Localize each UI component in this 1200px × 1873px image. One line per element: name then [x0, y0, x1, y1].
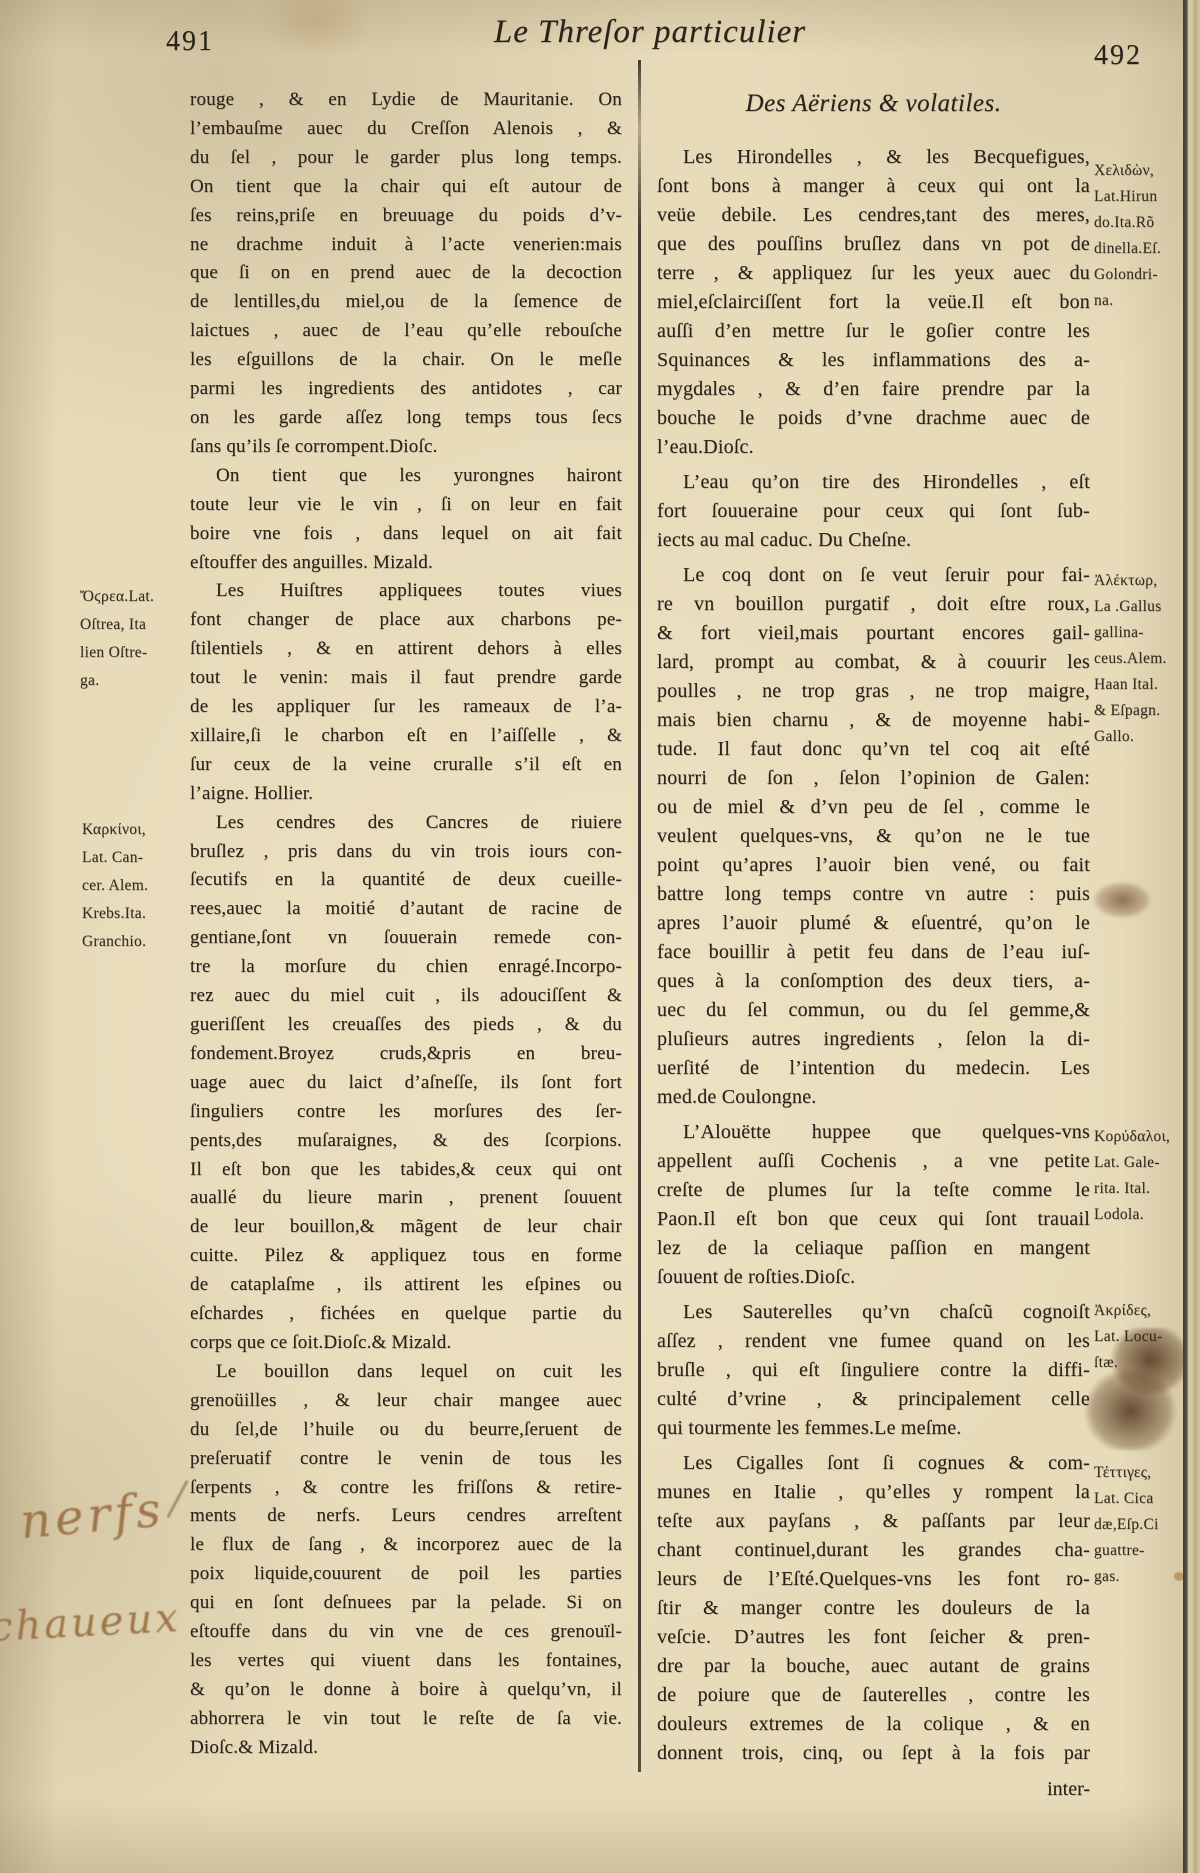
text-line: lez de la celiaque paſſion en mangent [657, 1234, 1090, 1263]
text-line: Il eſt bon que les tabides,& ceux qui on… [190, 1156, 622, 1185]
text-line: rouge , & en Lydie de Mauritanie. On [190, 86, 622, 115]
text-line: ne drachme induit à l’acte venerien:mais [190, 231, 622, 260]
text-line: du ſel , pour le garder plus long temps. [190, 144, 622, 173]
book-page-scan: 491 Le Threſor particulier 492 Des Aërie… [0, 0, 1200, 1873]
text-line: mais bien charnu , & de moyenne habi- [657, 706, 1090, 735]
text-line: de lentilles,du miel,ou de la ſemence de [190, 288, 622, 317]
text-line: qui tourmente les femmes.Le meſme. [657, 1414, 1090, 1443]
catchword: inter- [657, 1778, 1090, 1801]
margin-note-line: cer. Alem. [82, 872, 192, 900]
text-line: apres l’auoir plumé & eſuentré, qu’on le [657, 909, 1090, 938]
margin-note-line: Oſtrea, Ita [80, 611, 190, 639]
text-line: de leur bouillon,& mãgent de leur chair [190, 1213, 622, 1242]
text-line: battre long temps contre vn autre : puis [657, 880, 1090, 909]
text-line: Les cendres des Cancres de riuiere [190, 809, 622, 838]
paragraph: Les Sauterelles qu’vn chaſcũ cognoiſtaſſ… [657, 1298, 1090, 1443]
text-line: l’embauſme auec du Creſſon Alenois , & [190, 115, 622, 144]
text-line: med.de Coulongne. [657, 1083, 1090, 1112]
text-line: uage auec du laict d’aſneſſe, ils ſont f… [190, 1069, 622, 1098]
text-line: bruſle , qui eſt ſinguliere contre la di… [657, 1356, 1090, 1385]
text-line: corps que ce ſoit.Dioſc.& Mizald. [190, 1329, 622, 1358]
margin-note-line: Ὄϛρεα.Lat. [80, 583, 190, 611]
margin-note: Ὄϛρεα.Lat.Oſtrea, Italien Oſtre-ga. [80, 583, 190, 695]
text-line: que des pouſſins bruſlez dans vn pot de [657, 230, 1090, 259]
text-line: bruſlez , pris dans du vin trois iours c… [190, 838, 622, 867]
text-line: point qu’apres l’auoir bien vené, ou fai… [657, 851, 1090, 880]
text-line: Le bouillon dans lequel on cuit les [190, 1358, 622, 1387]
paragraph: Le bouillon dans lequel on cuit lesgreno… [190, 1358, 622, 1763]
text-line: de poiure que de ſauterelles , contre le… [657, 1681, 1090, 1710]
text-line: poix liquide,couurent de poil les partie… [190, 1560, 622, 1589]
text-line: pents,des muſaraignes, & des ſcorpions. [190, 1127, 622, 1156]
text-line: abhorrera le vin tout le reſte de ſa vie… [190, 1705, 622, 1734]
margin-note-line: Καρκίνοι, [82, 816, 192, 844]
margin-note-line: Krebs.Ita. [82, 900, 192, 928]
text-line: fort ſouueraine pour ceux qui ſont ſub- [657, 497, 1090, 526]
text-line: creſte de plumes ſur la teſte comme le [657, 1176, 1090, 1205]
text-line: ſur ceux de la veine cruralle s’il eſt e… [190, 751, 622, 780]
text-line: veſcie. D’autres les font ſeicher & pren… [657, 1623, 1090, 1652]
text-line: gentiane,ſont vn ſouuerain remede con- [190, 924, 622, 953]
text-line: aſſez , rendent vne fumee quand on les [657, 1327, 1090, 1356]
text-line: on les garde aſſez long temps tous ſecs [190, 404, 622, 433]
text-line: l’eau.Dioſc. [657, 433, 1090, 462]
text-line: xillaire,ſi le charbon eſt en l’aiſſelle… [190, 722, 622, 751]
text-line: les eſguillons de la chair. On le meſle [190, 346, 622, 375]
text-line: munes en Italie , qu’elles y rompent la [657, 1478, 1090, 1507]
paragraph: Les Huiſtres appliquees toutes viuesfont… [190, 577, 622, 808]
text-line: du ſel,de l’huile ou du beurre,ſeruent d… [190, 1416, 622, 1445]
paragraph: Le coq dont on ſe veut ſeruir pour fai-r… [657, 561, 1090, 1112]
margin-note-line: Lat. Can- [82, 844, 192, 872]
text-line: ſouuent de roſties.Dioſc. [657, 1263, 1090, 1292]
text-line: boire vne fois , dans lequel on ait fait [190, 520, 622, 549]
ink-stain [1088, 876, 1164, 924]
paragraph: L’eau qu’on tire des Hirondelles , eſtfo… [657, 468, 1090, 555]
margin-note-line: ga. [80, 667, 190, 695]
text-line: tre la morſure du chien enragé.Incorpo- [190, 953, 622, 982]
text-line: l’aigne. Hollier. [190, 780, 622, 809]
paper-stain [262, 0, 372, 56]
text-line: ou de miel & d’vn peu de ſel , comme le [657, 793, 1090, 822]
text-line: Les Huiſtres appliquees toutes viues [190, 577, 622, 606]
section-header: Des Aëriens & volatiles. [657, 90, 1090, 118]
text-line: de cataplaſme , ils attirent les eſpines… [190, 1271, 622, 1300]
text-line: rees,auec la moitié d’autant de racine d… [190, 895, 622, 924]
text-line: face bouillir à petit feu dans de l’eau … [657, 938, 1090, 967]
margin-note: Καρκίνοι,Lat. Can-cer. Alem.Krebs.Ita.Gr… [82, 816, 192, 956]
text-line: ſans qu’ils ſe corrompent.Dioſc. [190, 433, 622, 462]
paragraph: Les Hirondelles , & les Becquefigues,ſon… [657, 143, 1090, 462]
text-line: les vertes qui viuent dans les fontaines… [190, 1647, 622, 1676]
text-line: uec du ſel commun, ou du ſel gemme,& [657, 996, 1090, 1025]
text-line: ſes reins,priſe en breuuage du poids d’v… [190, 202, 622, 231]
text-line: toute leur vie le vin , ſi on leur en fa… [190, 491, 622, 520]
text-line: rez auec du miel cuit , ils adouciſſent … [190, 982, 622, 1011]
page-number-left: 491 [166, 26, 214, 58]
paragraph: Les cendres des Cancres de riuierebruſle… [190, 809, 622, 1358]
text-line: Les Cigalles ſont ſi cognues & com- [657, 1449, 1090, 1478]
text-line: douleurs extremes de la colique , & en [657, 1710, 1090, 1739]
text-line: miel,eſclairciſſent fort la veüe.Il eſt … [657, 288, 1090, 317]
text-line: L’Alouëtte huppee que quelques-vns [657, 1118, 1090, 1147]
text-line: donnent trois, cinq, ou ſept à la fois p… [657, 1739, 1090, 1768]
text-line: dre par la bouche, auec autant de grains [657, 1652, 1090, 1681]
text-line: ments de nerfs. Leurs cendres arreſtent [190, 1502, 622, 1531]
text-line: laictues , auec de l’eau qu’elle rebouſc… [190, 317, 622, 346]
text-line: veüe debile. Les cendres,tant des meres, [657, 201, 1090, 230]
text-line: nourri de ſon , ſelon l’opinion de Galen… [657, 764, 1090, 793]
text-line: cuitte. Pilez & appliquez tous en forme [190, 1242, 622, 1271]
text-line: teſte aux payſans , & paſſants par leur [657, 1507, 1090, 1536]
text-line: ſont bons à manger à ceux qui ont la [657, 172, 1090, 201]
text-line: mygdales , & d’en faire prendre par la [657, 375, 1090, 404]
text-line: uerſité de l’intention du medecin. Les [657, 1054, 1090, 1083]
column-divider-rule [638, 60, 641, 1772]
text-line: fondement.Broyez cruds,&pris en breu- [190, 1040, 622, 1069]
text-line: leurs de l’Eſté.Quelques-vns les font ro… [657, 1565, 1090, 1594]
text-line: de les appliquer ſur les rameaux de l’a- [190, 693, 622, 722]
text-line: L’eau qu’on tire des Hirondelles , eſt [657, 468, 1090, 497]
text-line: terre , & appliquez ſur les yeux auec du [657, 259, 1090, 288]
text-line: ſinguliers contre les morſures des ſer- [190, 1098, 622, 1127]
paragraph: Les Cigalles ſont ſi cognues & com-munes… [657, 1449, 1090, 1768]
text-line: eſtouffe dans du vin vne de ces grenouïl… [190, 1618, 622, 1647]
page-number-right: 492 [1094, 40, 1142, 72]
text-line: appellent auſſi Cochenis , a vne petite [657, 1147, 1090, 1176]
text-line: lard, prompt au combat, & à couurir les [657, 648, 1090, 677]
text-line: culté d’vrine , & principalement celle [657, 1385, 1090, 1414]
text-line: veulent quelques-vns, & qu’on ne le tue [657, 822, 1090, 851]
text-line: ſtir & manger contre les douleurs de la [657, 1594, 1090, 1623]
text-line: que ſi on en prend auec de la decoction [190, 259, 622, 288]
text-line: pluſieurs autres ingredients , ſelon la … [657, 1025, 1090, 1054]
text-line: Paon.Il eſt bon que ceux qui ſont trauai… [657, 1205, 1090, 1234]
text-line: grenoüilles , & leur chair mangee auec [190, 1387, 622, 1416]
text-line: On tient que la chair qui eſt autour de [190, 173, 622, 202]
margin-note-line: lien Oſtre- [80, 639, 190, 667]
text-line: preſeruatif contre le venin de tous les [190, 1445, 622, 1474]
text-line: eſchardes , fichées en quelque partie du [190, 1300, 622, 1329]
text-line: Les Hirondelles , & les Becquefigues, [657, 143, 1090, 172]
paragraph: On tient que les yurongnes haironttoute … [190, 462, 622, 578]
margin-note-line: Granchio. [82, 928, 192, 956]
text-line: parmi les ingredients des antidotes , ca… [190, 375, 622, 404]
text-line: re vn bouillon purgatif , doit eſtre rou… [657, 590, 1090, 619]
text-line: ſtilentiels , & en attirent dehors à ell… [190, 635, 622, 664]
right-text-column: Les Hirondelles , & les Becquefigues,ſon… [657, 143, 1090, 1768]
text-line: iects au mal caduc. Du Cheſne. [657, 526, 1090, 555]
text-line: poulles , ne trop gras , ne trop maigre, [657, 677, 1090, 706]
text-line: Le coq dont on ſe veut ſeruir pour fai- [657, 561, 1090, 590]
next-page-edge [1183, 0, 1200, 1873]
paragraph: L’Alouëtte huppee que quelques-vnsappell… [657, 1118, 1090, 1292]
text-line: Dioſc.& Mizald. [190, 1734, 622, 1763]
text-line: bouche le poids d’vne drachme auec de [657, 404, 1090, 433]
text-line: auſſi d’en mettre ſur le goſier contre l… [657, 317, 1090, 346]
text-line: qui en ſont deſnuees par la pelade. Si o… [190, 1589, 622, 1618]
text-line: tout le venin: mais il faut prendre gard… [190, 664, 622, 693]
text-line: tude. Il faut donc qu’vn tel coq ait eſt… [657, 735, 1090, 764]
text-line: & fort vieil,mais pourtant encores gail- [657, 619, 1090, 648]
text-line: ſecutifs en la quantité de deux cueille- [190, 866, 622, 895]
text-line: & qu’on le donne à boire à quelqu’vn, il [190, 1676, 622, 1705]
text-line: Les Sauterelles qu’vn chaſcũ cognoiſt [657, 1298, 1090, 1327]
text-line: On tient que les yurongnes hairont [190, 462, 622, 491]
text-line: ſerpents , & contre les friſſons & retir… [190, 1474, 622, 1503]
text-line: auallé du lieure marin , prenent ſouuent [190, 1184, 622, 1213]
text-line: ques à la conſomption des deux tiers, a- [657, 967, 1090, 996]
handwritten-note-nerfs: nerfs [18, 1482, 167, 1550]
pen-stroke-mark [166, 1480, 188, 1518]
text-line: Squinances & les inflammations des a- [657, 346, 1090, 375]
text-line: eſtouffer des anguilles. Mizald. [190, 549, 622, 578]
running-title: Le Threſor particulier [440, 14, 860, 51]
text-line: font changer de place aux charbons pe- [190, 606, 622, 635]
handwritten-note-chaueux: chaueux [0, 1595, 182, 1651]
text-line: le flux de ſang , & incorporez auec de l… [190, 1531, 622, 1560]
text-line: chant continuel,durant les grandes cha- [657, 1536, 1090, 1565]
left-text-column: rouge , & en Lydie de Mauritanie. Onl’em… [190, 86, 622, 1763]
paragraph: rouge , & en Lydie de Mauritanie. Onl’em… [190, 86, 622, 462]
text-line: gueriſſent les creuaſſes des pieds , & d… [190, 1011, 622, 1040]
